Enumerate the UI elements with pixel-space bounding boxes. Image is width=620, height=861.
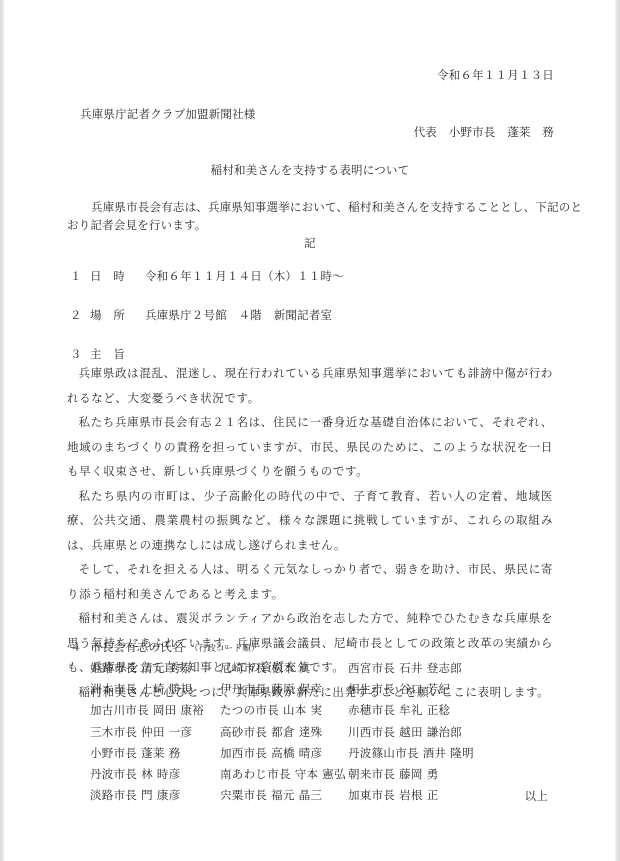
mayor-name: 赤穂市長 牟礼 正稔 (348, 702, 450, 718)
item-number: ３ (70, 347, 82, 361)
page-edge-left (0, 0, 4, 861)
mayor-name: 相生市長 谷口 芳紀 (348, 681, 450, 697)
intro-line-2: おり記者会見を行います。 (67, 218, 206, 232)
mayor-name: 宍粟市長 福元 晶三 (220, 787, 322, 803)
mayor-name: 洲本市長 上崎 勝規 (90, 681, 192, 697)
item-value: 兵庫県庁２号館 ４階 新聞記者室 (145, 308, 332, 322)
mayor-name: 朝来市長 藤岡 勇 (348, 766, 439, 782)
closing-ijou: 以上 (525, 789, 548, 803)
page-edge-right (615, 0, 620, 861)
purpose-paragraph: そして、それを担える人は、明るく元気なしっかり者で、弱きを助け、市民、県民に寄り… (67, 557, 553, 606)
item-number: １ (70, 269, 82, 283)
purpose-paragraph: 兵庫県政は混乱、混迷し、現在行われている兵庫県知事選挙においても誹謗中傷が行われ… (67, 361, 553, 410)
item-label: 日 時 (90, 269, 125, 283)
mayor-name: 三木市長 仲田 一彦 (90, 724, 192, 740)
item-number: ２ (70, 308, 82, 322)
mayor-name: 西宮市長 石井 登志郎 (348, 660, 462, 676)
section-note: （行政コード順） (190, 642, 260, 656)
item-value: 令和６年１１月１４日（木）１１時～ (145, 269, 344, 283)
section-heading: 市長会有志の氏名 (90, 640, 184, 654)
document-title: 稲村和美さんを支持する表明について (0, 163, 620, 177)
mayor-name: たつの市長 山本 実 (220, 702, 322, 718)
item-number: ４ (70, 640, 82, 654)
purpose-paragraph: 私たち県内の市町は、少子高齢化の時代の中で、子育て教育、若い人の定着、地域医療、… (67, 484, 553, 558)
mayor-name: 丹波篠山市長 酒井 隆明 (348, 745, 474, 761)
mayor-name: 小野市長 蓬莱 務 (90, 745, 181, 761)
sender: 代表 小野市長 蓬莱 務 (414, 125, 554, 139)
mayor-name: 姫路市長 清元 秀泰 (90, 660, 192, 676)
mayor-name: 尼崎市長 松本 眞 (220, 660, 311, 676)
ki-heading: 記 (0, 236, 620, 250)
mayor-name: 伊丹市長 藤原 保幸 (220, 681, 322, 697)
intro-line-1: 兵庫県市長会有志は、兵庫県知事選挙において、稲村和美さんを支持することとし、下記… (91, 200, 582, 214)
document-date: 令和６年１１月１３日 (437, 68, 554, 82)
mayor-name: 加古川市長 岡田 康裕 (90, 702, 204, 718)
mayor-name: 南あわじ市長 守本 憲弘 (220, 766, 346, 782)
purpose-paragraph: 私たち兵庫県市長会有志２１名は、住民に一番身近な基礎自治体において、それぞれ、地… (67, 410, 553, 484)
mayor-name: 加西市長 高橋 晴彦 (220, 745, 322, 761)
mayor-name: 加東市長 岩根 正 (348, 787, 439, 803)
mayor-name: 丹波市長 林 時彦 (90, 766, 181, 782)
item-label: 場 所 (90, 308, 125, 322)
addressee: 兵庫県庁記者クラブ加盟新聞社様 (80, 107, 256, 121)
mayor-name: 淡路市長 門 康彦 (90, 787, 181, 803)
mayor-name: 高砂市長 都倉 達殊 (220, 724, 322, 740)
item-label: 主 旨 (90, 347, 125, 361)
mayor-name: 川西市長 越田 謙治郎 (348, 724, 462, 740)
